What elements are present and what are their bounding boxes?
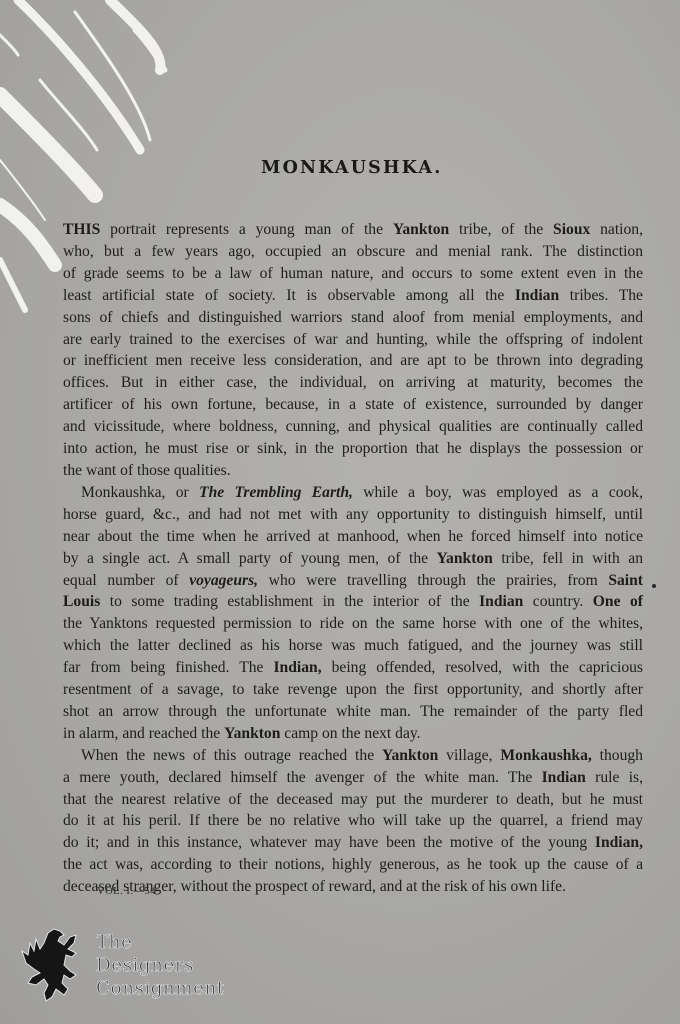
watermark-line-3: Consignment [96,977,225,1000]
text-line: When the news of this outrage reached th… [63,745,643,767]
text-line: who, but a few years ago, occupied an ob… [63,241,643,263]
text-line: THIS portrait represents a young man of … [63,219,643,241]
text-line: offices. But in either case, the individ… [63,372,643,394]
text-line: near about the time when he arrived at m… [63,526,643,548]
text-line: are early trained to the exercises of wa… [63,329,643,351]
text-line: far from being finished. The Indian, bei… [63,657,643,679]
text-line: a mere youth, declared himself the aveng… [63,767,643,789]
text-line: Louis to some trading establishment in t… [63,591,643,613]
text-line: shot an arrow through the unfortunate wh… [63,701,643,723]
text-line: by a single act. A small party of young … [63,548,643,570]
paragraph: Monkaushka, or The Trembling Earth, whil… [63,482,643,745]
watermark: The Designers Consignment [18,925,225,1005]
text-line: Monkaushka, or The Trembling Earth, whil… [63,482,643,504]
text-line: the want of those qualities. [63,460,643,482]
text-line: that the nearest relative of the decease… [63,789,643,811]
watermark-line-1: The [96,931,225,954]
text-line: into action, he must rise or sink, in th… [63,438,643,460]
page-title: MONKAUSHKA. [0,158,680,178]
volume-signature: VOL. I.—54 [97,886,156,897]
text-line: resentment of a savage, to take revenge … [63,679,643,701]
text-line: and vicissitude, where boldness, cunning… [63,416,643,438]
text-line: the act was, according to their notions,… [63,854,643,876]
text-line: which the latter declined as his horse w… [63,635,643,657]
text-line: of grade seems to be a law of human natu… [63,263,643,285]
paragraph: When the news of this outrage reached th… [63,745,643,898]
text-line: do it; and in this instance, whatever ma… [63,832,643,854]
text-line: or inefficient men receive less consider… [63,350,643,372]
text-line: do it at his peril. If there be no relat… [63,810,643,832]
print-mark [652,584,656,588]
paragraph: THIS portrait represents a young man of … [63,219,643,482]
body-text: THIS portrait represents a young man of … [63,219,643,898]
text-line: horse guard, &c., and had not met with a… [63,504,643,526]
text-line: in alarm, and reached the Yankton camp o… [63,723,643,745]
text-line: least artificial state of society. It is… [63,285,643,307]
text-line: artificer of his own fortune, because, i… [63,394,643,416]
text-line: sons of chiefs and distinguished warrior… [63,307,643,329]
text-line: the Yanktons requested permission to rid… [63,613,643,635]
text-line: equal number of voyageurs, who were trav… [63,570,643,592]
watermark-line-2: Designers [96,954,225,977]
griffin-icon [18,925,88,1005]
